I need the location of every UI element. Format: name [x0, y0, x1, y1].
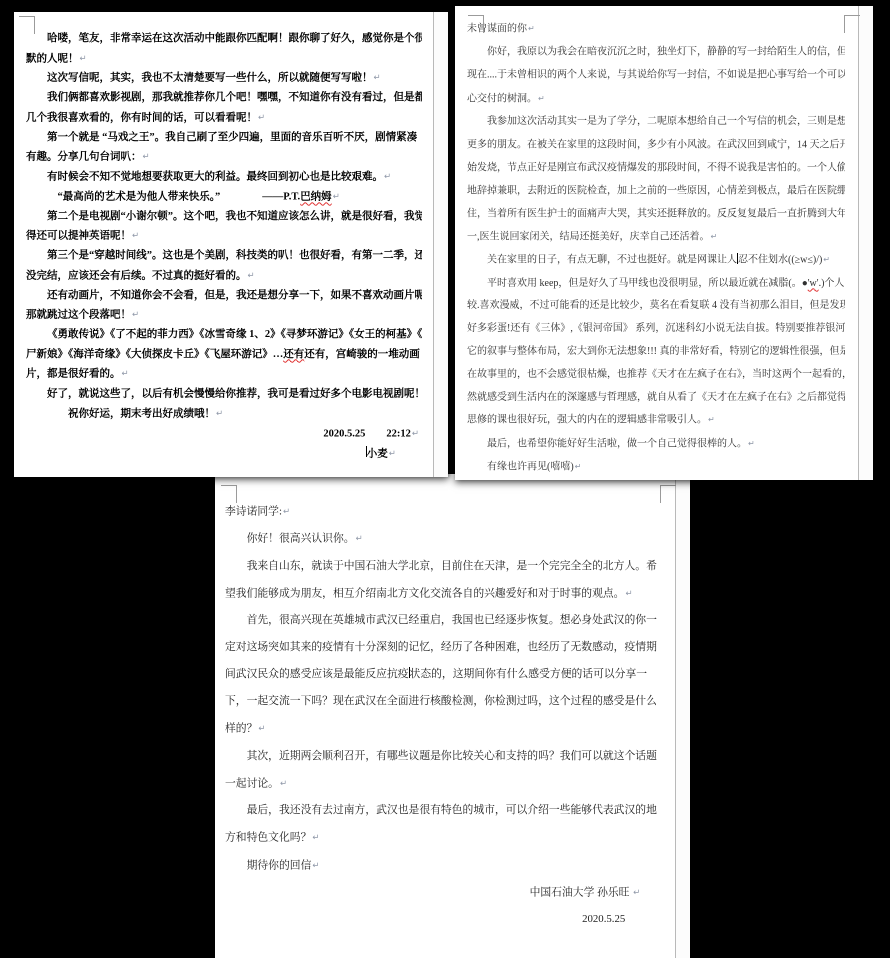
- text-line[interactable]: 望我们能够成为朋友，相互介绍南北方文化交流各自的兴趣爱好和对于时事的观点。↵: [225, 580, 662, 607]
- text-line[interactable]: 最后，也希望你能好好生活啦，做一个自己觉得很棒的人。↵: [467, 433, 845, 456]
- text-line[interactable]: 得还可以提神英语呢！↵: [26, 226, 422, 246]
- text-line[interactable]: 然就感受到生活内在的深邃感与哲理感，就自从看了《天才在左疯子在右》之后都觉得马原: [467, 387, 845, 410]
- letter-page-right: 未曾谋面的你↵你好，我原以为我会在暗夜沉沉之时，独坐灯下，静静的写一封给陌生人的…: [455, 6, 873, 480]
- text-line[interactable]: 好了，就说这些了，以后有机会慢慢给你推荐，我可是看过好多个电影电视剧呢！↵: [26, 384, 422, 404]
- text-line[interactable]: 小麦↵: [26, 444, 422, 464]
- spellcheck-underline: 还有: [283, 349, 304, 360]
- text-line[interactable]: 我来自山东，就读于中国石油大学北京，目前住在天津，是一个完完全全的北方人。希: [225, 553, 662, 580]
- text-line[interactable]: 地辞掉兼职，去附近的医院检查，加上之前的一些原因，心情差到极点，最后在医院绷不↵: [467, 180, 845, 203]
- text-line[interactable]: 其次，近期两会顺利召开，有哪些议题是你比较关心和支持的吗？我们可以就这个话题: [225, 743, 662, 770]
- text-cursor: [737, 253, 738, 264]
- paragraph-mark: ↵: [283, 506, 290, 516]
- text-line[interactable]: 几个我很喜欢看的，你有时间的话，可以看看呢！↵: [26, 108, 422, 128]
- text-line[interactable]: 平时喜欢用 keep，但是好久了马甲线也没很明显，所以最近就在减脂(。●'w'.…: [467, 273, 845, 296]
- text-line[interactable]: 关在家里的日子，有点无聊，不过也挺好。就是网课让人忍不住划水((≥w≤)/)↵: [467, 249, 845, 272]
- text-line[interactable]: 2020.5.25 22:12↵: [26, 424, 422, 444]
- text-line[interactable]: 间武汉民众的感受应该是最能反应抗疫状态的，这期间你有什么感受方便的话可以分享一: [225, 661, 662, 688]
- text-line[interactable]: 较.喜欢漫威，不过可能看的还是比较少，莫名在看复联 4 没有当初那么泪目，但是发…: [467, 295, 845, 318]
- paragraph-mark: ↵: [748, 439, 755, 448]
- letter-page-bottom: 李诗诺同学:↵你好！很高兴认识你。↵我来自山东，就读于中国石油大学北京，目前住在…: [215, 474, 690, 958]
- paragraph-mark: ↵: [633, 887, 640, 897]
- text-boundary-crop-mark: [660, 485, 676, 503]
- paragraph-mark: ↵: [412, 429, 419, 438]
- paragraph-mark: ↵: [216, 409, 223, 418]
- text-line[interactable]: 期待你的回信↵: [225, 852, 662, 879]
- paragraph-mark: ↵: [280, 778, 287, 788]
- text-line[interactable]: 最后，我还没有去过南方，武汉也是很有特色的城市，可以介绍一些能够代表武汉的地: [225, 797, 662, 824]
- text-line[interactable]: 首先，很高兴现在英雄城市武汉已经重启，我国也已经逐步恢复。想必身处武汉的你一: [225, 607, 662, 634]
- text-line[interactable]: 有缘也许再见(嘻嘻)↵: [467, 456, 845, 479]
- text-line[interactable]: 更多的朋友。在被关在家里的这段时间，多少有小风波。在武汉回到咸宁，14 天之后开…: [467, 134, 845, 157]
- text-line[interactable]: 片，都是很好看的。↵: [26, 364, 422, 384]
- text-line[interactable]: 下，一起交流一下吗？现在武汉在全面进行核酸检测，你检测过吗，这个过程的感受是什么: [225, 688, 662, 715]
- letter-right-text: 未曾谋面的你↵你好，我原以为我会在暗夜沉沉之时，独坐灯下，静静的写一封给陌生人的…: [455, 6, 873, 479]
- paragraph-mark: ↵: [132, 231, 139, 240]
- paragraph-mark: ↵: [538, 94, 545, 103]
- paragraph-mark: ↵: [143, 152, 150, 161]
- text-line[interactable]: 现在....于未曾相识的两个人来说，与其说给你写一封信，不如说是把心事写给一个可…: [467, 64, 845, 87]
- paragraph-mark: ↵: [384, 172, 391, 181]
- text-line[interactable]: 有时候会不知不觉地想要获取更大的利益。最终回到初心也是比较艰难。↵: [26, 167, 422, 187]
- paragraph-mark: ↵: [528, 24, 535, 33]
- text-line[interactable]: 一起讨论。↵: [225, 770, 662, 797]
- text-line[interactable]: 好多彩蛋!还有《三体》,《银河帝国》 系列，沉迷科幻小说无法自拔。特别要推荐银河…: [467, 318, 845, 341]
- text-line[interactable]: 一,医生说回家闭关，结局还挺美好，庆幸自己还活着。↵: [467, 226, 845, 249]
- paragraph-mark: ↵: [711, 232, 718, 241]
- text-boundary-crop-mark: [844, 15, 860, 33]
- text-line[interactable]: 你好！很高兴认识你。↵: [225, 525, 662, 552]
- spellcheck-underline: 'w': [808, 278, 819, 289]
- text-line[interactable]: 定对这场突如其来的疫情有十分深刻的记忆，经历了各种困难，也经历了无数感动，疫情期: [225, 634, 662, 661]
- text-line[interactable]: 未曾谋面的你↵: [467, 18, 845, 41]
- paragraph-mark: ↵: [122, 369, 129, 378]
- paragraph-mark: ↵: [575, 462, 582, 471]
- paragraph-mark: ↵: [823, 255, 830, 264]
- paragraph-mark: ↵: [333, 192, 340, 201]
- text-line[interactable]: 样的？↵: [225, 715, 662, 742]
- text-line[interactable]: 还有动画片，不知道你会不会看，但是，我还是想分享一下，如果不喜欢动画片呢，: [26, 286, 422, 306]
- text-line[interactable]: 有趣。分享几句台词叭：↵: [26, 147, 422, 167]
- text-line[interactable]: 尸新娘》《海洋奇缘》《大侦探皮卡丘》《飞屋环游记》…还有还有，宫崎骏的一堆动画: [26, 345, 422, 365]
- text-line[interactable]: 思修的课也很好玩，强大的内在的逻辑感非常吸引人。↵: [467, 409, 845, 432]
- text-line[interactable]: 住，当着所有医生护士的面痛声大哭，其实还挺释放的。反反复复最后一直折腾到大年初↵: [467, 203, 845, 226]
- text-line[interactable]: 我们俩都喜欢影视剧，那我就推荐你几个吧！嘿嘿，不知道你有没有看过，但是都是: [26, 88, 422, 108]
- text-line[interactable]: 哈喽，笔友，非常幸运在这次活动中能跟你匹配啊！跟你聊了好久，感觉你是个很幽: [26, 29, 422, 49]
- text-line[interactable]: 祝你好运，期末考出好成绩哦！↵: [26, 404, 422, 424]
- text-line[interactable]: 在故事里的，也不会感觉很枯燥，也推荐《天才在左疯子在右》，当时这两个一起看的，突: [467, 364, 845, 387]
- paragraph-mark: ↵: [389, 449, 396, 458]
- text-line[interactable]: 方和特色文化吗？↵: [225, 824, 662, 851]
- text-line[interactable]: 默的人呢！↵: [26, 49, 422, 69]
- text-line[interactable]: 我参加这次活动其实一是为了学分，二呢原本想给自己一个写信的机会，三则是想认识: [467, 111, 845, 134]
- text-boundary-crop-mark: [221, 485, 237, 503]
- text-line[interactable]: 心交付的树洞。↵: [467, 88, 845, 111]
- paragraph-mark: ↵: [80, 54, 87, 63]
- text-cursor: [366, 446, 367, 457]
- text-line[interactable]: 第一个就是 “马戏之王”。我自己刷了至少四遍，里面的音乐百听不厌，剧情紧凑: [26, 128, 422, 148]
- paragraph-mark: ↵: [258, 723, 265, 733]
- paragraph-mark: ↵: [248, 271, 255, 280]
- paragraph-mark: ↵: [312, 860, 319, 870]
- text-line[interactable]: 第二个是电视剧“小谢尔顿”。这个吧，我也不知道应该怎么讲，就是很好看，我觉: [26, 207, 422, 227]
- text-boundary-crop-mark: [468, 15, 484, 33]
- paragraph-mark: ↵: [374, 73, 381, 82]
- text-line[interactable]: 李诗诺同学:↵: [225, 498, 662, 525]
- text-line[interactable]: 它的叙事与整体布局，宏大到你无法想象!!! 真的非常好看，特别它的逻辑性很强，但…: [467, 341, 845, 364]
- text-line[interactable]: 《勇敢传说》《了不起的菲力西》《冰雪奇缘 1、2》《寻梦环游记》《女王的柯基》《…: [26, 325, 422, 345]
- text-line[interactable]: 中国石油大学 孙乐旺 ↵: [225, 879, 662, 906]
- text-line[interactable]: 第三个是“穿越时间线”。这也是个美剧，科技类的叭！也很好看，有第一二季，还: [26, 246, 422, 266]
- spellcheck-underline: 巴纳姆: [300, 191, 332, 202]
- text-line[interactable]: 2020.5.25: [225, 906, 662, 933]
- letter-page-left: 哈喽，笔友，非常幸运在这次活动中能跟你匹配啊！跟你聊了好久，感觉你是个很幽默的人…: [14, 12, 448, 477]
- text-line[interactable]: 这次写信呢，其实，我也不太清楚要写一些什么，所以就随便写写啦！↵: [26, 68, 422, 88]
- paragraph-mark: ↵: [132, 310, 139, 319]
- paragraph-mark: ↵: [356, 533, 363, 543]
- text-cursor: [409, 667, 410, 678]
- paragraph-mark: ↵: [708, 415, 715, 424]
- text-boundary-crop-mark: [19, 16, 35, 34]
- text-line[interactable]: 那就跳过这个段落吧！↵: [26, 305, 422, 325]
- letter-bottom-text: 李诗诺同学:↵你好！很高兴认识你。↵我来自山东，就读于中国石油大学北京，目前住在…: [215, 474, 690, 933]
- paragraph-mark: ↵: [258, 113, 265, 122]
- letter-left-text: 哈喽，笔友，非常幸运在这次活动中能跟你匹配啊！跟你聊了好久，感觉你是个很幽默的人…: [14, 12, 448, 464]
- text-line[interactable]: “最高尚的艺术是为他人带来快乐。” ——P.T.巴纳姆↵: [26, 187, 422, 207]
- paragraph-mark: ↵: [312, 832, 319, 842]
- paragraph-mark: ↵: [625, 588, 632, 598]
- text-line[interactable]: 没完结，应该还会有后续。不过真的挺好看的。↵: [26, 266, 422, 286]
- text-line[interactable]: 始发烧，节点正好是刚宣布武汉疫情爆发的那段时间，不得不说我是害怕的。一个人偷偷↵: [467, 157, 845, 180]
- text-line[interactable]: 你好，我原以为我会在暗夜沉沉之时，独坐灯下，静静的写一封给陌生人的信，但是↵: [467, 41, 845, 64]
